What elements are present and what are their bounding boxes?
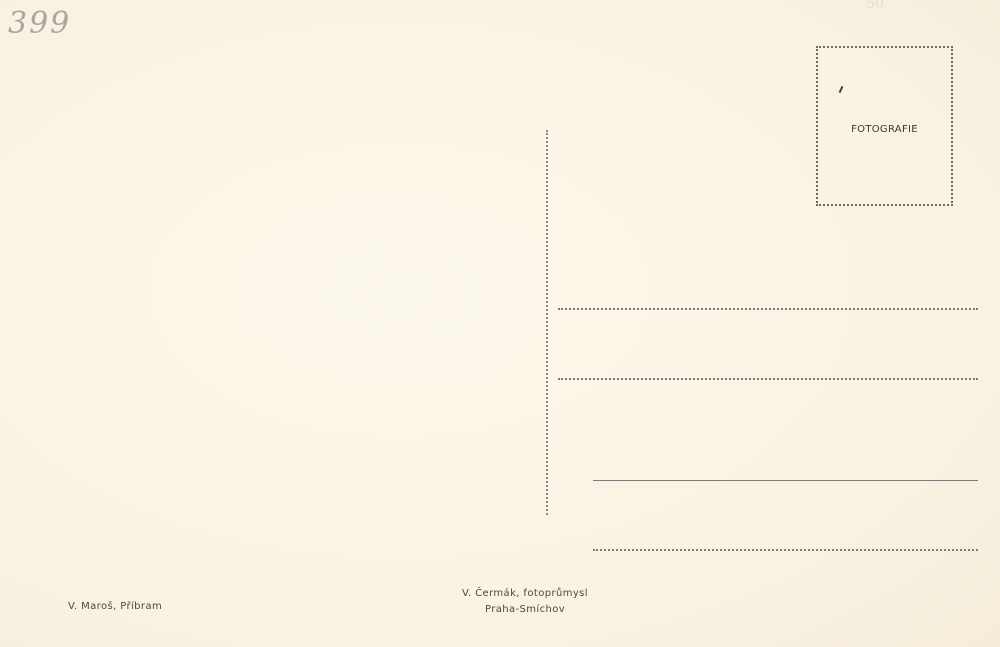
faint-corner-mark: 50	[866, 0, 884, 12]
stamp-label: FOTOGRAFIE	[818, 124, 951, 135]
address-line-2	[558, 378, 978, 380]
stamp-box: FOTOGRAFIE	[816, 46, 953, 206]
publisher-center-line2: Praha-Smíchov	[440, 602, 610, 618]
address-line-3	[593, 480, 978, 481]
handwritten-number: 399	[8, 6, 71, 41]
address-line-1	[558, 308, 978, 310]
postcard-back: 399 50 FOTOGRAFIE V. Maroš, Příbram V. Č…	[0, 0, 1000, 647]
publisher-center-line1: V. Čermák, fotoprůmysl	[440, 586, 610, 602]
pen-mark-icon	[839, 86, 844, 93]
address-line-4	[593, 549, 978, 551]
publisher-left: V. Maroš, Příbram	[68, 601, 162, 612]
divider-line	[546, 130, 548, 515]
publisher-center: V. Čermák, fotoprůmysl Praha-Smíchov	[440, 586, 610, 618]
